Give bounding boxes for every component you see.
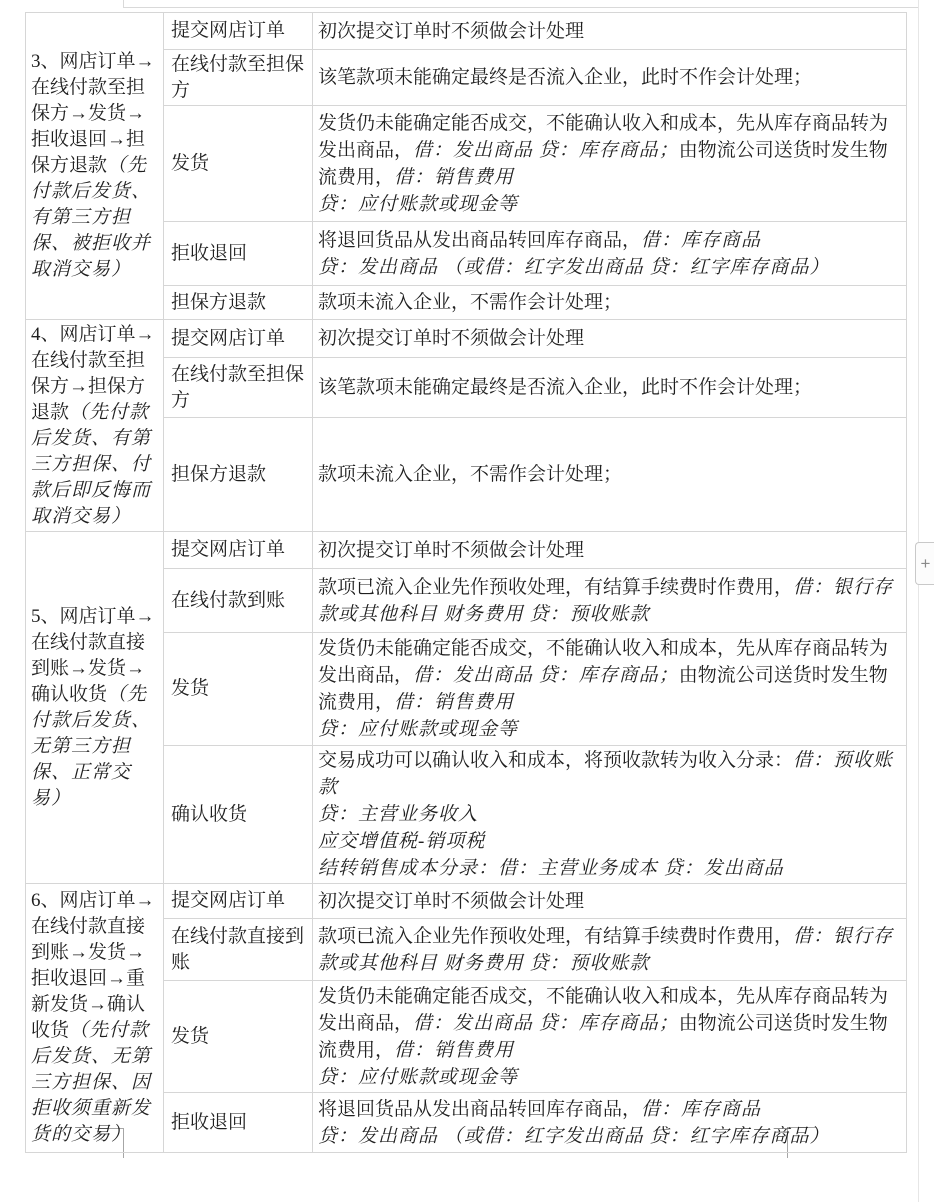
treatment-cell[interactable]: 初次提交订单时不须做会计处理 bbox=[313, 532, 907, 569]
text-segment: 款项已流入企业先作预收处理，有结算手续费时作费用， bbox=[318, 926, 793, 947]
text-segment: 发货 bbox=[171, 678, 209, 699]
treatment-cell[interactable]: 款项已流入企业先作预收处理，有结算手续费时作费用，借：银行存款或其他科目 财务费… bbox=[313, 569, 907, 633]
text-segment: 该笔款项未能确定最终是否流入企业，此时不作会计处理； bbox=[318, 377, 812, 398]
text-segment: 提交网店订单 bbox=[171, 328, 285, 349]
text-segment: 初次提交订单时不须做会计处理 bbox=[318, 540, 584, 561]
text-segment: 6、网店订单→在线付款直接到账→发货→拒收退回→重新发货→确认收货 bbox=[31, 890, 155, 1041]
treatment-cell[interactable]: 款项未流入企业，不需作会计处理； bbox=[313, 418, 907, 532]
text-segment: 在线付款至担保方 bbox=[171, 54, 304, 101]
treatment-cell[interactable]: 款项已流入企业先作预收处理，有结算手续费时作费用，借：银行存款或其他科目 财务费… bbox=[313, 919, 907, 981]
table-row: 5、网店订单→在线付款直接到账→发货→确认收货（先付款后发货、无第三方担保、正常… bbox=[26, 532, 907, 569]
treatment-cell[interactable]: 款项未流入企业，不需作会计处理； bbox=[313, 286, 907, 320]
step-cell[interactable]: 提交网店订单 bbox=[164, 884, 313, 919]
text-segment: 发货 bbox=[171, 1026, 209, 1047]
text-segment: 将退回货品从发出商品转回库存商品， bbox=[318, 230, 641, 251]
treatment-cell[interactable]: 将退回货品从发出商品转回库存商品，借：库存商品 贷：发出商品 （或借：红字发出商… bbox=[313, 1093, 907, 1153]
text-segment: 拒收退回 bbox=[171, 1112, 247, 1133]
text-segment: 确认收货 bbox=[171, 804, 247, 825]
text-segment: 款项已流入企业先作预收处理，有结算手续费时作费用， bbox=[318, 577, 793, 598]
text-segment: 担保方退款 bbox=[171, 464, 266, 485]
table-row: 3、网店订单→在线付款至担保方→发货→拒收退回→担保方退款（先付款后发货、有第三… bbox=[26, 13, 907, 50]
text-segment: 在线付款到账 bbox=[171, 590, 285, 611]
scenario-cell-3[interactable]: 3、网店订单→在线付款至担保方→发货→拒收退回→担保方退款（先付款后发货、有第三… bbox=[26, 13, 164, 320]
treatment-cell[interactable]: 将退回货品从发出商品转回库存商品，借：库存商品 贷：发出商品 （或借：红字发出商… bbox=[313, 222, 907, 286]
step-cell[interactable]: 在线付款至担保方 bbox=[164, 50, 313, 106]
text-segment: 提交网店订单 bbox=[171, 890, 285, 911]
treatment-cell[interactable]: 初次提交订单时不须做会计处理 bbox=[313, 320, 907, 358]
text-segment: 初次提交订单时不须做会计处理 bbox=[318, 21, 584, 42]
scenario-cell-5[interactable]: 5、网店订单→在线付款直接到账→发货→确认收货（先付款后发货、无第三方担保、正常… bbox=[26, 532, 164, 884]
text-segment: 在线付款直接到账 bbox=[171, 926, 304, 973]
treatment-cell[interactable]: 交易成功可以确认收入和成本，将预收款转为收入分录：借：预收账款 贷：主营业务收入… bbox=[313, 746, 907, 884]
page-right-edge-line bbox=[918, 0, 919, 1202]
step-cell[interactable]: 在线付款到账 bbox=[164, 569, 313, 633]
treatment-cell[interactable]: 发货仍未能确定能否成交，不能确认收入和成本，先从库存商品转为发出商品，借：发出商… bbox=[313, 106, 907, 222]
text-segment: 将退回货品从发出商品转回库存商品， bbox=[318, 1099, 641, 1120]
step-cell[interactable]: 拒收退回 bbox=[164, 222, 313, 286]
text-segment: 拒收退回 bbox=[171, 243, 247, 264]
treatment-cell[interactable]: 初次提交订单时不须做会计处理 bbox=[313, 13, 907, 50]
text-segment: 该笔款项未能确定最终是否流入企业，此时不作会计处理； bbox=[318, 67, 812, 88]
text-segment: 提交网店订单 bbox=[171, 539, 285, 560]
step-cell[interactable]: 担保方退款 bbox=[164, 418, 313, 532]
table-row: 4、网店订单→在线付款至担保方→担保方退款（先付款后发货、有第三方担保、付款后即… bbox=[26, 320, 907, 358]
text-segment: 初次提交订单时不须做会计处理 bbox=[318, 328, 584, 349]
kai-text-segment: 借：发出商品 贷：库存商品； bbox=[413, 1013, 679, 1034]
step-cell[interactable]: 发货 bbox=[164, 981, 313, 1093]
text-segment: 发货 bbox=[171, 153, 209, 174]
treatment-cell[interactable]: 该笔款项未能确定最终是否流入企业，此时不作会计处理； bbox=[313, 358, 907, 418]
text-segment: 担保方退款 bbox=[171, 292, 266, 313]
text-segment: 提交网店订单 bbox=[171, 20, 285, 41]
scenario-cell-6[interactable]: 6、网店订单→在线付款直接到账→发货→拒收退回→重新发货→确认收货（先付款后发货… bbox=[26, 884, 164, 1153]
page-top-boundary-line bbox=[123, 7, 918, 8]
step-cell[interactable]: 提交网店订单 bbox=[164, 13, 313, 50]
accounting-table-body: 3、网店订单→在线付款至担保方→发货→拒收退回→担保方退款（先付款后发货、有第三… bbox=[26, 13, 907, 1153]
text-segment: 初次提交订单时不须做会计处理 bbox=[318, 891, 584, 912]
kai-text-segment: 借：发出商品 贷：库存商品； bbox=[413, 665, 679, 686]
floating-plus-button[interactable]: + bbox=[915, 542, 934, 585]
step-cell[interactable]: 提交网店订单 bbox=[164, 532, 313, 569]
accounting-table: 3、网店订单→在线付款至担保方→发货→拒收退回→担保方退款（先付款后发货、有第三… bbox=[25, 12, 907, 1153]
step-cell[interactable]: 在线付款至担保方 bbox=[164, 358, 313, 418]
step-cell[interactable]: 确认收货 bbox=[164, 746, 313, 884]
text-segment: 款项未流入企业，不需作会计处理； bbox=[318, 292, 622, 313]
table-row: 6、网店订单→在线付款直接到账→发货→拒收退回→重新发货→确认收货（先付款后发货… bbox=[26, 884, 907, 919]
step-cell[interactable]: 拒收退回 bbox=[164, 1093, 313, 1153]
step-cell[interactable]: 担保方退款 bbox=[164, 286, 313, 320]
text-segment: 交易成功可以确认收入和成本，将预收款转为收入分录： bbox=[318, 750, 793, 771]
treatment-cell[interactable]: 初次提交订单时不须做会计处理 bbox=[313, 884, 907, 919]
treatment-cell[interactable]: 该笔款项未能确定最终是否流入企业，此时不作会计处理； bbox=[313, 50, 907, 106]
kai-text-segment: 借：发出商品 贷：库存商品； bbox=[413, 140, 679, 161]
scenario-cell-4[interactable]: 4、网店订单→在线付款至担保方→担保方退款（先付款后发货、有第三方担保、付款后即… bbox=[26, 320, 164, 532]
treatment-cell[interactable]: 发货仍未能确定能否成交，不能确认收入和成本，先从库存商品转为发出商品，借：发出商… bbox=[313, 633, 907, 746]
step-cell[interactable]: 发货 bbox=[164, 106, 313, 222]
step-cell[interactable]: 发货 bbox=[164, 633, 313, 746]
step-cell[interactable]: 提交网店订单 bbox=[164, 320, 313, 358]
treatment-cell[interactable]: 发货仍未能确定能否成交，不能确认收入和成本，先从库存商品转为发出商品，借：发出商… bbox=[313, 981, 907, 1093]
step-cell[interactable]: 在线付款直接到账 bbox=[164, 919, 313, 981]
text-segment: 款项未流入企业，不需作会计处理； bbox=[318, 464, 622, 485]
text-segment: 在线付款至担保方 bbox=[171, 364, 304, 411]
